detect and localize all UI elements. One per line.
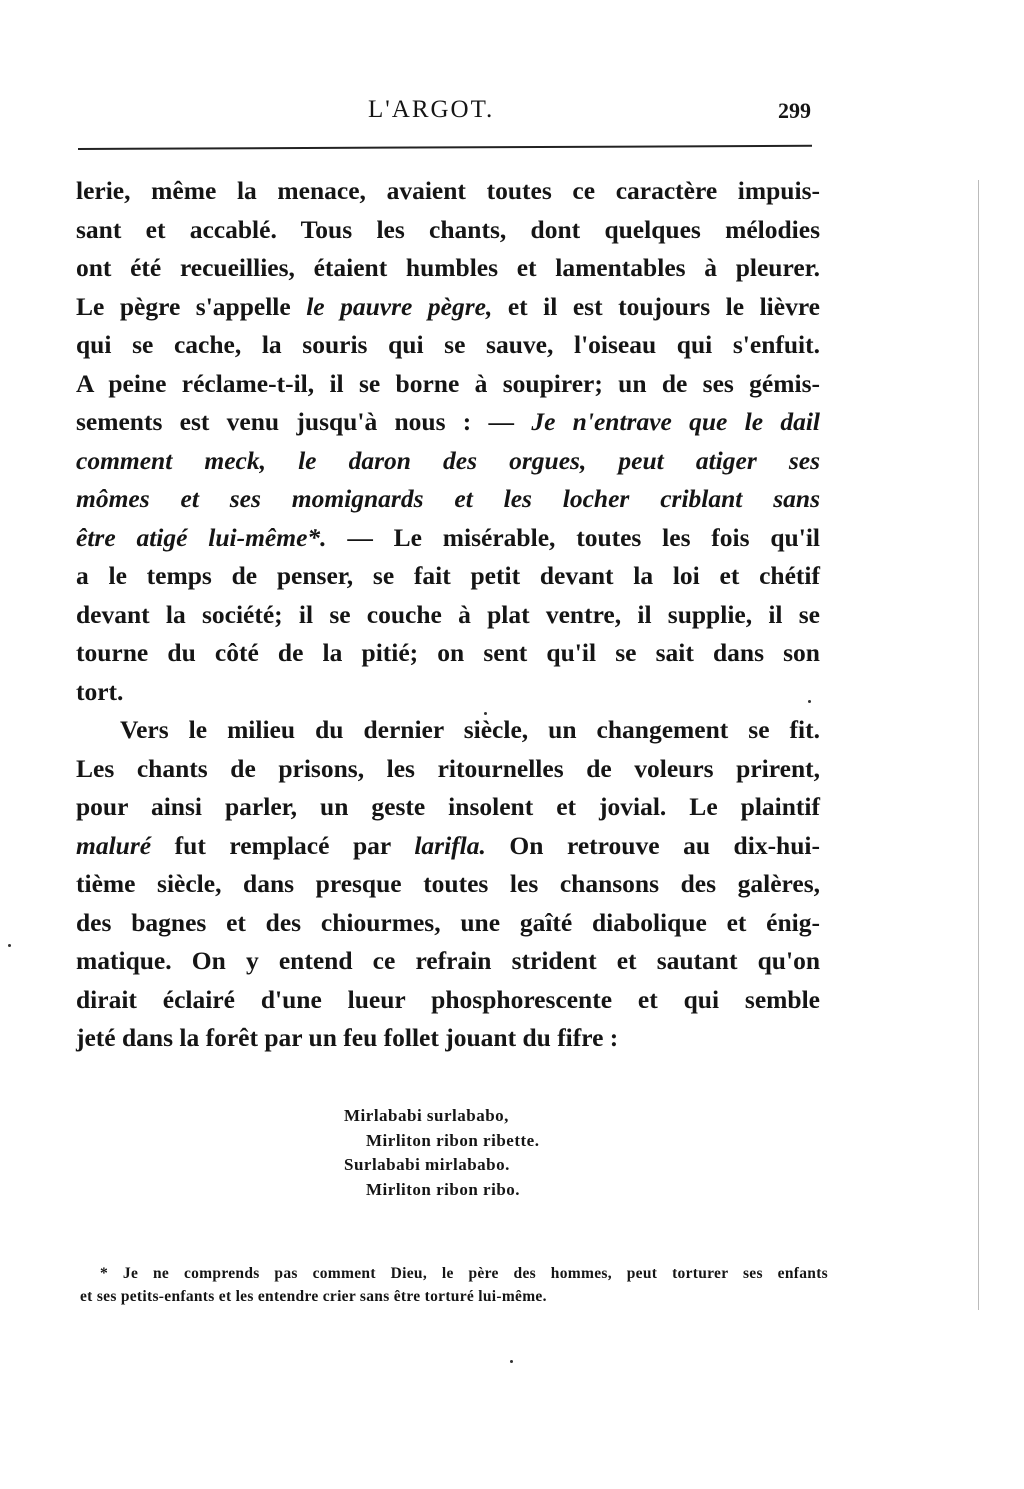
text-line: lerie, même la menace, avaient toutes ce… bbox=[76, 172, 820, 211]
header-rule bbox=[78, 145, 812, 150]
verse-block: Mirlababi surlababo, Mirliton ribon ribe… bbox=[344, 1104, 539, 1202]
footnote-line: * Je ne comprends pas comment Dieu, le p… bbox=[80, 1262, 828, 1285]
text-line: pour ainsi parler, un geste insolent et … bbox=[76, 788, 820, 827]
text-line: être atigé lui-même*. — Le misérable, to… bbox=[76, 519, 820, 558]
text-line: tième siècle, dans presque toutes les ch… bbox=[76, 865, 820, 904]
text-line: des bagnes et des chiourmes, une gaîté d… bbox=[76, 904, 820, 943]
verse-line: Surlababi mirlababo. bbox=[344, 1153, 539, 1178]
verse-line: Mirliton ribon ribette. bbox=[344, 1129, 539, 1154]
text-line: sant et accablé. Tous les chants, dont q… bbox=[76, 211, 820, 250]
text-line: a le temps de penser, se fait petit deva… bbox=[76, 557, 820, 596]
scan-speck bbox=[8, 944, 11, 947]
running-head: L'ARGOT. 299 bbox=[0, 96, 1024, 136]
text-line: Vers le milieu du dernier siècle, un cha… bbox=[76, 711, 820, 750]
text-line: tort. bbox=[76, 673, 820, 712]
scan-speck bbox=[510, 1360, 513, 1363]
paragraph-1: lerie, même la menace, avaient toutes ce… bbox=[76, 172, 820, 711]
text-line: maluré fut remplacé par larifla. On retr… bbox=[76, 827, 820, 866]
scan-speck bbox=[808, 700, 811, 703]
text-line: ont été recueillies, étaient humbles et … bbox=[76, 249, 820, 288]
text-line: jeté dans la forêt par un feu follet jou… bbox=[76, 1019, 820, 1058]
scan-edge-line bbox=[978, 180, 979, 1310]
text-line: Les chants de prisons, les ritournelles … bbox=[76, 750, 820, 789]
text-line: comment meck, le daron des orgues, peut … bbox=[76, 442, 820, 481]
footnote-marker: * bbox=[100, 1265, 108, 1282]
text-line: sements est venu jusqu'à nous : — Je n'e… bbox=[76, 403, 820, 442]
text-line: Le pègre s'appelle le pauvre pègre, et i… bbox=[76, 288, 820, 327]
text-line: qui se cache, la souris qui se sauve, l'… bbox=[76, 326, 820, 365]
text-line: mômes et ses momignards et les locher cr… bbox=[76, 480, 820, 519]
footnote: * Je ne comprends pas comment Dieu, le p… bbox=[80, 1262, 828, 1308]
verse-line: Mirlababi surlababo, bbox=[344, 1104, 539, 1129]
text-line: tourne du côté de la pitié; on sent qu'i… bbox=[76, 634, 820, 673]
text-line: dirait éclairé d'une lueur phosphorescen… bbox=[76, 981, 820, 1020]
body-text: lerie, même la menace, avaient toutes ce… bbox=[76, 172, 820, 1058]
verse-line: Mirliton ribon ribo. bbox=[344, 1178, 539, 1203]
running-title: L'ARGOT. bbox=[368, 96, 494, 124]
scan-speck bbox=[484, 712, 487, 715]
paragraph-2: Vers le milieu du dernier siècle, un cha… bbox=[76, 711, 820, 1058]
page-number: 299 bbox=[778, 98, 811, 124]
footnote-line: et ses petits-enfants et les entendre cr… bbox=[80, 1285, 828, 1308]
text-line: devant la société; il se couche à plat v… bbox=[76, 596, 820, 635]
text-line: matique. On y entend ce refrain strident… bbox=[76, 942, 820, 981]
book-page: L'ARGOT. 299 lerie, même la menace, avai… bbox=[0, 0, 1024, 1489]
text-line: A peine réclame-t-il, il se borne à soup… bbox=[76, 365, 820, 404]
